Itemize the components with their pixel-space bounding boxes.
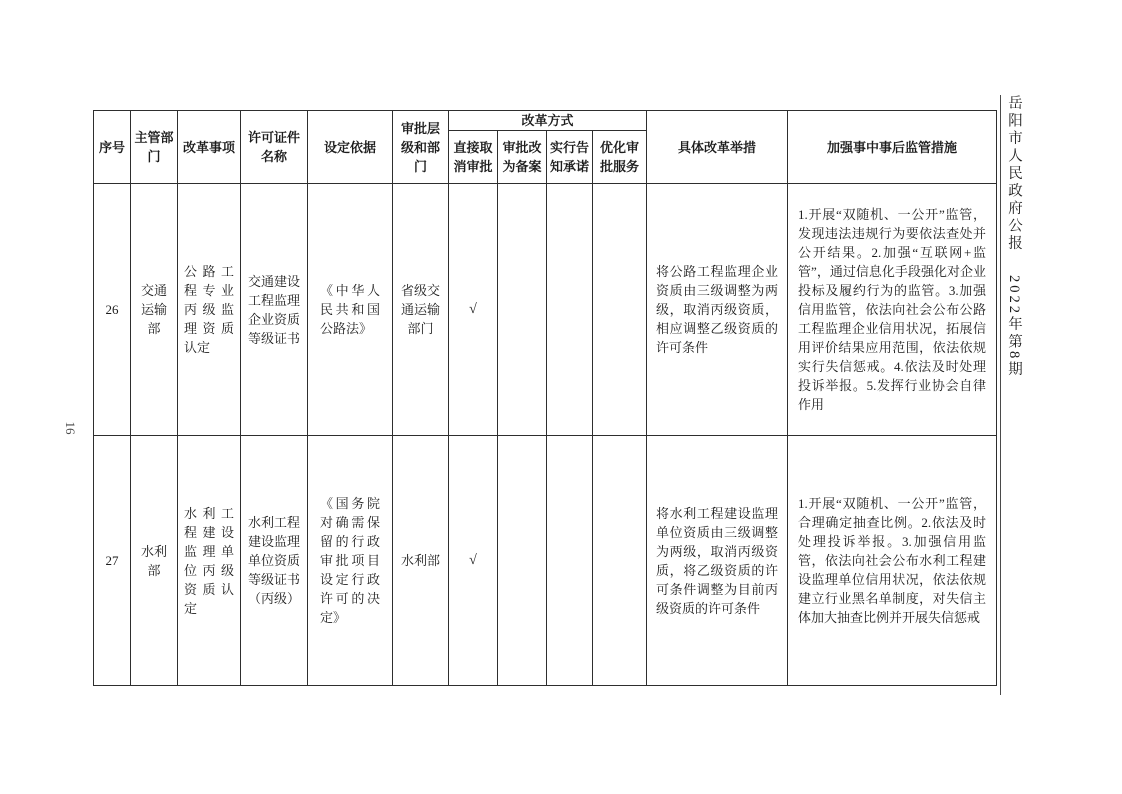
cell-department: 交通运输部 (131, 184, 178, 436)
cell-legal-basis: 《国务院对确需保留的行政审批项目设定行政许可的决定》 (308, 436, 393, 686)
header-index: 序号 (94, 111, 131, 184)
cell-reform-item: 公路工程专业丙级监理资质认定 (178, 184, 241, 436)
cell-approval-level: 水利部 (393, 436, 449, 686)
header-license-name: 许可证件名称 (241, 111, 308, 184)
cell-supervision-measures: 1.开展“双随机、一公开”监管，发现违法违规行为要依法查处并公开结果。2.加强“… (788, 184, 997, 436)
cell-change-to-filing (498, 436, 547, 686)
cell-change-to-filing (498, 184, 547, 436)
cell-legal-basis: 《中华人民共和国公路法》 (308, 184, 393, 436)
header-reform-mode: 改革方式 (449, 111, 647, 131)
page-number: 16 (62, 408, 78, 448)
cell-specific-measures: 将水利工程建设监理单位资质由三级调整为两级，取消丙级资质，将乙级资质的许可条件调… (647, 436, 788, 686)
header-direct-cancel: 直接取消审批 (449, 131, 498, 184)
cell-optimize-service (593, 436, 647, 686)
header-optimize-service: 优化审批服务 (593, 131, 647, 184)
header-notification-commitment: 实行告知承诺 (547, 131, 593, 184)
cell-direct-cancel-check: √ (449, 436, 498, 686)
cell-department: 水利部 (131, 436, 178, 686)
header-change-to-filing: 审批改为备案 (498, 131, 547, 184)
gazette-title: 岳阳市人民政府公报 (1006, 95, 1022, 253)
header-reform-item: 改革事项 (178, 111, 241, 184)
gazette-sidebar: 岳阳市人民政府公报 2022年第8期 (1004, 95, 1025, 379)
reform-items-table: 序号 主管部门 改革事项 许可证件名称 设定依据 审批层级和部门 改革方式 具体… (93, 110, 997, 686)
cell-license-name: 交通建设工程监理企业资质等级证书 (241, 184, 308, 436)
cell-reform-item: 水利工程建设监理单位丙级资质认定 (178, 436, 241, 686)
cell-specific-measures: 将公路工程监理企业资质由三级调整为两级，取消丙级资质，相应调整乙级资质的许可条件 (647, 184, 788, 436)
cell-notification-commitment (547, 436, 593, 686)
cell-direct-cancel-check: √ (449, 184, 498, 436)
header-specific-measures: 具体改革举措 (647, 111, 788, 184)
table-row: 26 交通运输部 公路工程专业丙级监理资质认定 交通建设工程监理企业资质等级证书… (94, 184, 997, 436)
cell-index: 26 (94, 184, 131, 436)
cell-approval-level: 省级交通运输部门 (393, 184, 449, 436)
gazette-issue: 2022年第8期 (1006, 275, 1022, 379)
table-row: 27 水利部 水利工程建设监理单位丙级资质认定 水利工程建设监理单位资质等级证书… (94, 436, 997, 686)
cell-license-name: 水利工程建设监理单位资质等级证书（丙级） (241, 436, 308, 686)
sidebar-divider-line (1000, 95, 1001, 695)
cell-optimize-service (593, 184, 647, 436)
cell-index: 27 (94, 436, 131, 686)
header-legal-basis: 设定依据 (308, 111, 393, 184)
header-approval-level: 审批层级和部门 (393, 111, 449, 184)
header-supervision-measures: 加强事中事后监管措施 (788, 111, 997, 184)
header-row-top: 序号 主管部门 改革事项 许可证件名称 设定依据 审批层级和部门 改革方式 具体… (94, 111, 997, 131)
gazette-page: 16 岳阳市人民政府公报 2022年第8期 序号 主管部门 改革事项 许可证件名 (0, 0, 1122, 794)
cell-notification-commitment (547, 184, 593, 436)
cell-supervision-measures: 1.开展“双随机、一公开”监管，合理确定抽查比例。2.依法及时处理投诉举报。3.… (788, 436, 997, 686)
header-department: 主管部门 (131, 111, 178, 184)
